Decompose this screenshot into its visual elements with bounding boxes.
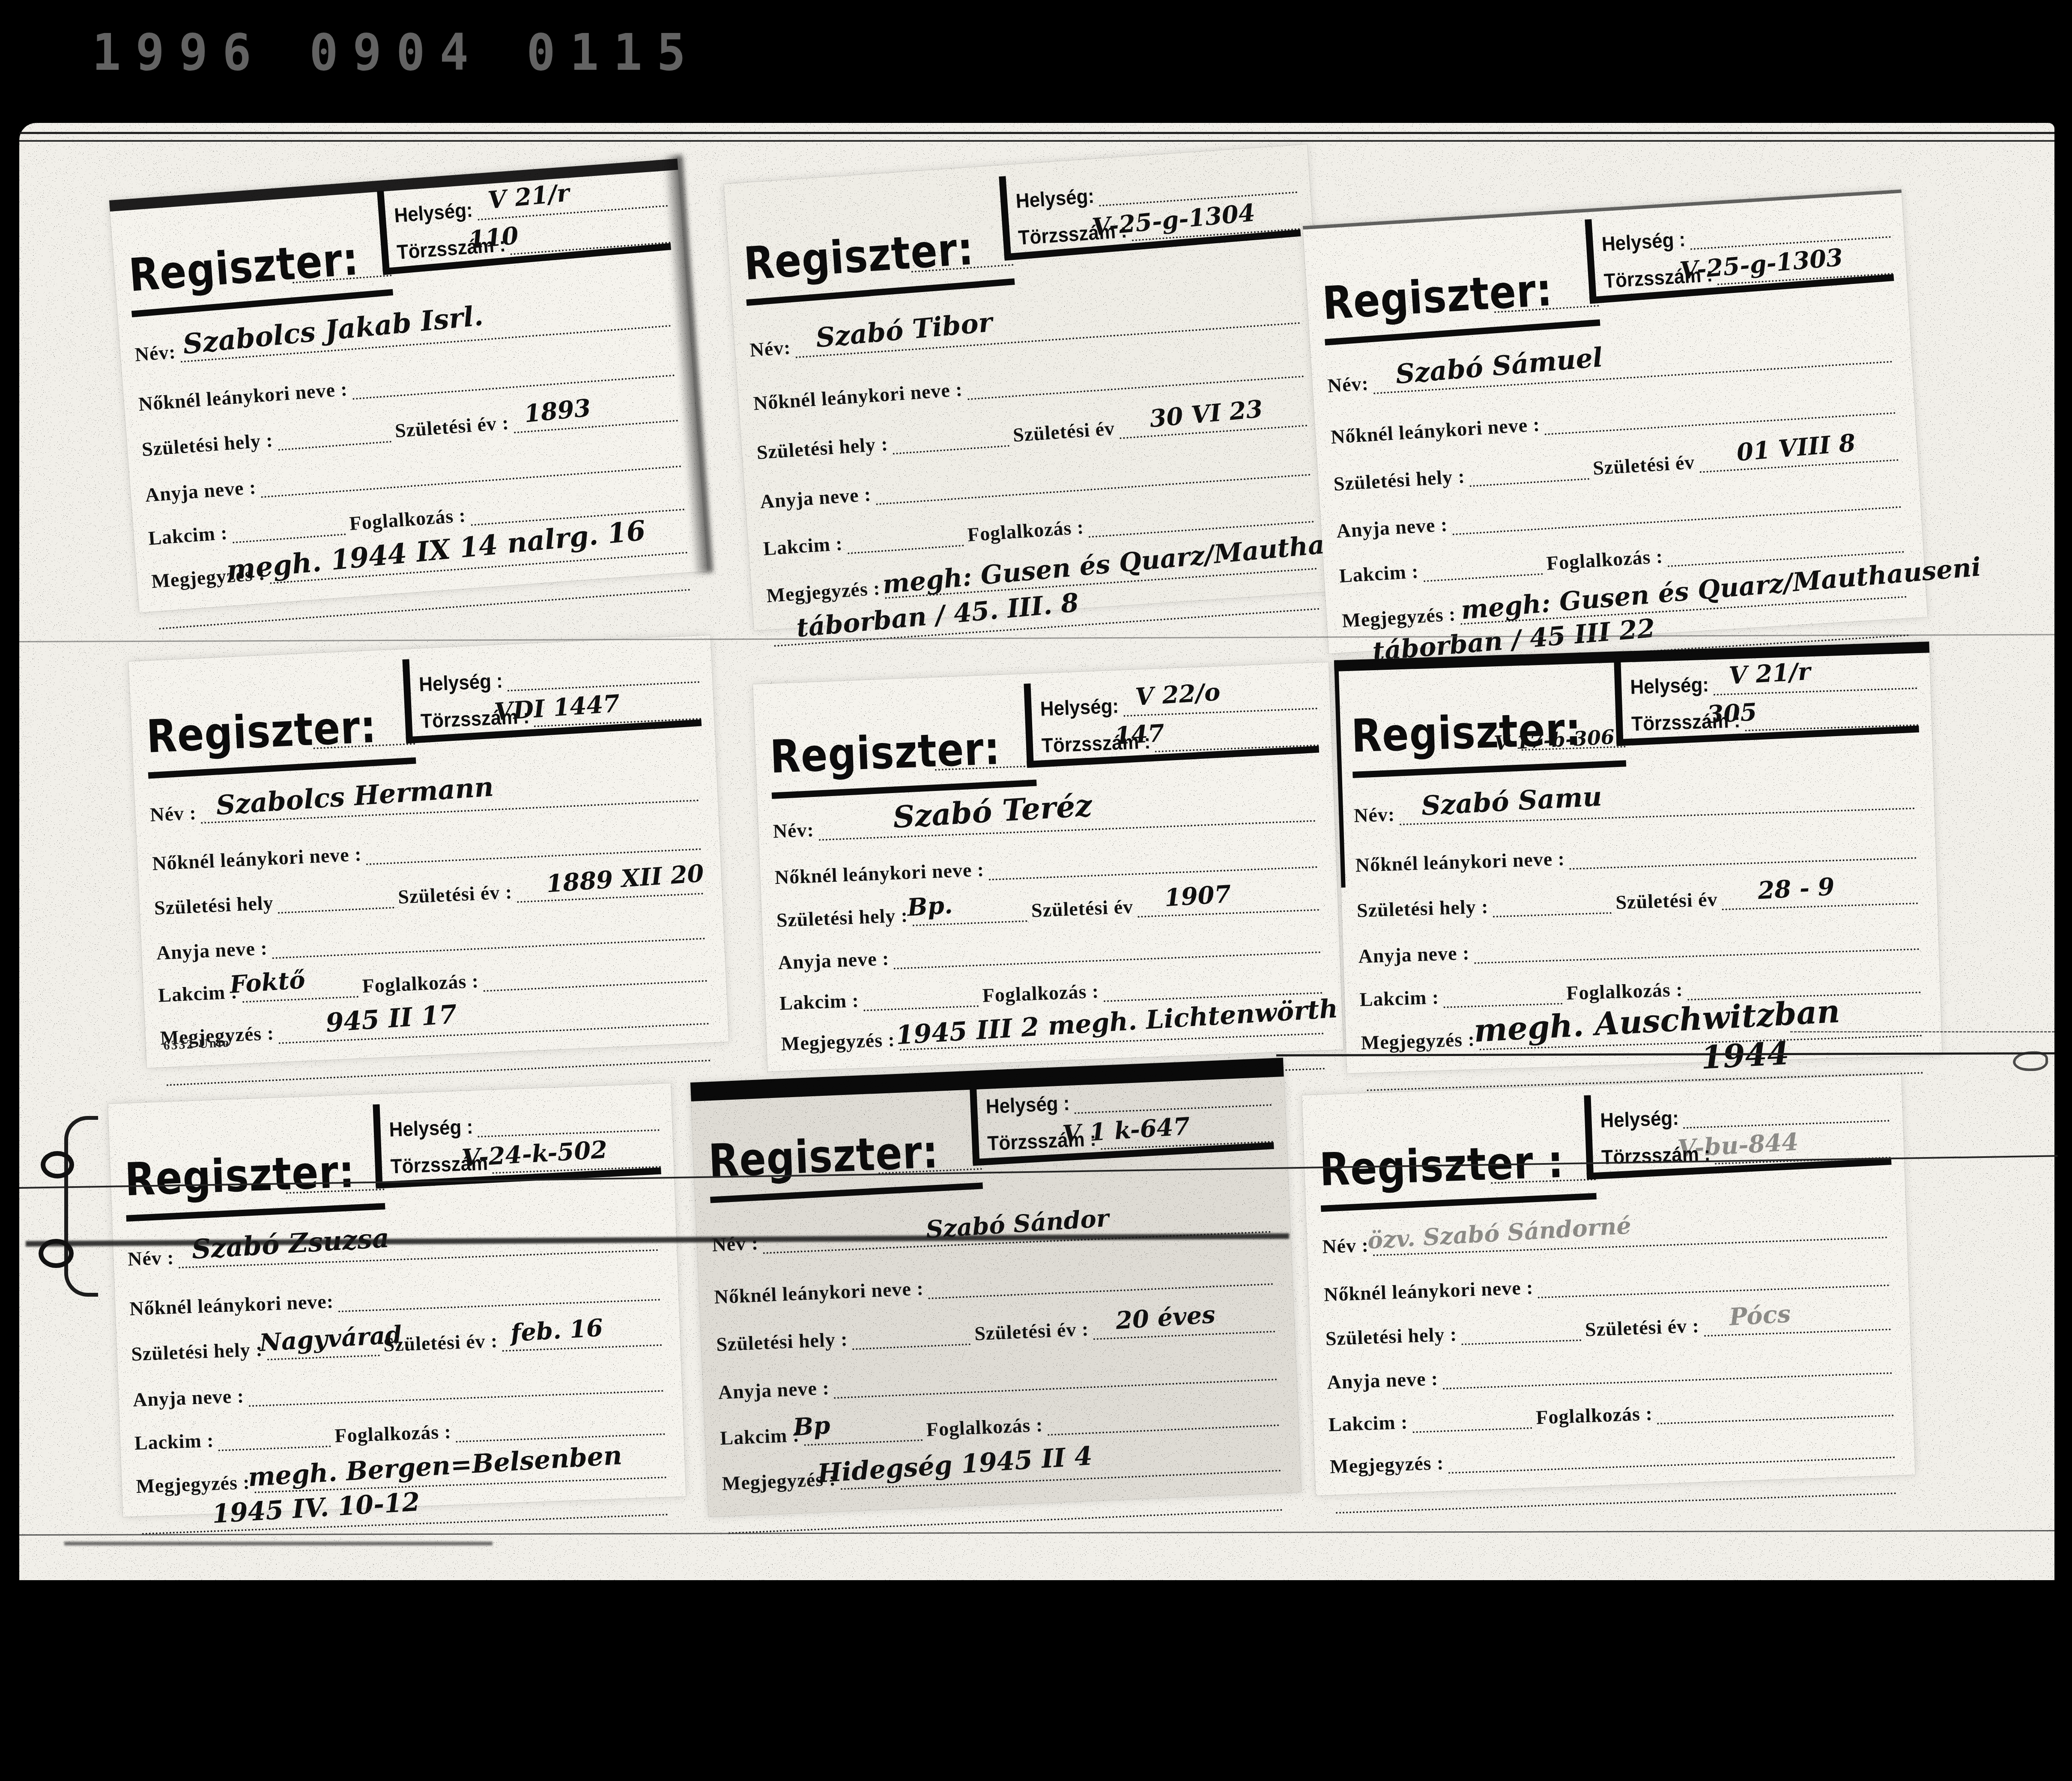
helyseg-value: V 21/r (1728, 657, 1811, 690)
punch-hole (39, 1239, 74, 1268)
field-nev: Név:Szabó Tibor (749, 293, 1305, 361)
szuletesi-hely-value: Nagyvárad (258, 1321, 402, 1357)
scan-rule-line (19, 132, 2054, 134)
field-nev: Név :özv. Szabó Sándorné (1322, 1207, 1892, 1258)
field-nev: Név :Szabolcs Hermann (149, 770, 703, 826)
anyja-label: Anyja neve : (778, 947, 890, 974)
helyseg-value: V 22/o (1135, 678, 1221, 711)
anyja-label: Anyja neve : (144, 475, 257, 506)
dotted-line (248, 1366, 664, 1406)
nev-label: Név: (1327, 372, 1369, 397)
leanykori-label: Nőknél leánykori neve : (774, 858, 985, 889)
torzsszam-value: 305 (1706, 698, 1758, 729)
szuletesi-ev-label: Születési év (1592, 450, 1696, 479)
szuletesi-ev-value: 28 - 9 (1757, 873, 1835, 905)
lakcim-value: Bp (792, 1411, 831, 1441)
lakcim-label: Lakcim : (158, 981, 238, 1007)
field-lakcim: Lakcim :Foglalkozás : (1328, 1385, 1898, 1436)
punch-hole (41, 1151, 74, 1178)
lakcim-label: Lackim : (134, 1429, 214, 1454)
field-szuletesi: Születési hely :Születési év :Pócs (1325, 1299, 1895, 1350)
szuletesi-ev-value: 1907 (1164, 880, 1232, 912)
rule-bar (1352, 761, 1626, 779)
lakcim-label: Lakcim : (1359, 986, 1439, 1011)
field-anyja: Anyja neve : (717, 1349, 1282, 1404)
card-header-box: Helység : Törzsszám :V 1 k-647 (969, 1069, 1278, 1164)
register-card: Regiszter: Helység:V 22/o Törzsszám :147… (753, 662, 1344, 1071)
dotted-line (271, 914, 705, 959)
field-szuletesi: Születési hely :Születési évBp.1907 (776, 880, 1324, 931)
helyseg-label: Helység: (1630, 674, 1709, 699)
szuletesi-hely-label: Születési hely : (1325, 1322, 1457, 1350)
field-nev: Név:Szabó Samu (1353, 779, 1920, 827)
nev-label: Név : (127, 1246, 174, 1271)
szuletesi-hely-value: Bp. (907, 891, 954, 922)
dotted-line (1473, 925, 1920, 964)
regiszter-label: Regiszter: (1321, 263, 1554, 330)
dotted-line (277, 884, 394, 914)
szuletesi-hely-label: Születési hely : (141, 429, 274, 461)
szuletesi-hely-label: Születési hely : (1333, 465, 1466, 495)
field-szuletesi: Születési helySzületési év :1889 XII 20 (153, 863, 708, 919)
field-szuletesi: Születési hely :Születési év28 - 9 (1356, 874, 1923, 922)
dotted-line (365, 825, 701, 865)
szuletesi-ev-label: Születési év : (1585, 1314, 1700, 1341)
megjegyzes-label: Megjegyzés : (766, 576, 881, 607)
register-card: Regiszter: Helység : Törzsszám :V 1 k-64… (690, 1058, 1301, 1517)
megjegyzes-label: Megjegyzés : (1341, 603, 1457, 632)
leanykori-label: Nőknél leánykori neve: (129, 1290, 334, 1320)
regiszter-label: Regiszter: (708, 1125, 940, 1187)
leanykori-label: Nőknél leánykori neve : (137, 378, 348, 416)
szuletesi-ev-label: Születési év (1012, 417, 1115, 446)
field-nev: Név:Szabó Teréz (772, 791, 1320, 842)
foglalkozas-label: Foglalkozás : (362, 970, 480, 997)
szuletesi-hely-label: Születési hely : (1356, 895, 1489, 922)
dotted-line (1569, 834, 1917, 870)
megjegyzes-label: Megjegyzés : (1329, 1451, 1444, 1478)
field-leanykori: Nőknél leánykori neve : (1323, 1255, 1894, 1306)
field-nev: Név:Szabó Sámuel (1326, 331, 1897, 397)
regiszter-heading: Regiszter: (708, 1127, 982, 1190)
lakcim-label: Lakcim : (1338, 560, 1419, 587)
field-szuletesi: Születési hely :Születési év :20 éves (715, 1301, 1280, 1356)
szuletesi-ev-label: Születési év (1615, 888, 1718, 914)
szuletesi-hely-label: Születési hely : (131, 1338, 263, 1366)
dotted-line (1412, 1404, 1532, 1433)
printer-imprint: 6332 Unio (163, 1035, 231, 1053)
megjegyzes-label: Megjegyzés : (1361, 1028, 1475, 1054)
anyja-label: Anyja neve : (1336, 513, 1448, 543)
field-anyja: Anyja neve : (1326, 1343, 1897, 1393)
anyja-label: Anyja neve : (1358, 941, 1470, 967)
szuletesi-ev-value: feb. 16 (510, 1314, 603, 1348)
field-szuletesi: Születési hely :Születési év :Nagyváradf… (131, 1315, 666, 1366)
anyja-label: Anyja neve : (1327, 1367, 1439, 1394)
regiszter-heading: Regiszter: (769, 724, 1036, 786)
regiszter-heading: Regiszter : (1319, 1137, 1596, 1198)
nev-label: Név : (1322, 1233, 1369, 1258)
dotted-line (1422, 550, 1543, 582)
foglalkozas-label: Foglalkozás : (967, 516, 1084, 546)
nev-label: Név: (134, 340, 177, 366)
helyseg-label: Helység : (389, 1116, 473, 1142)
szuletesi-hely-label: Születési hely : (716, 1328, 848, 1356)
card-header-box: Helység: Törzsszám :V-bu-844 (1584, 1085, 1895, 1178)
dotted-line (231, 510, 346, 543)
dotted-line (1469, 455, 1589, 487)
field-leanykori: Nőknél leánykori neve : (1355, 828, 1921, 876)
foglalkozas-label: Foglalkozás : (349, 504, 467, 535)
anyja-label: Anyja neve : (156, 936, 268, 964)
dotted-line (1443, 980, 1562, 1008)
regiszter-label: Regiszter: (769, 722, 1001, 784)
torzsszam-value: 110 (467, 221, 520, 254)
rule-bar (1321, 1193, 1597, 1211)
scan-rule-line (19, 140, 2054, 142)
lakcim-label: Lakcim : (762, 532, 843, 560)
card-edge-bracket (64, 1116, 98, 1297)
field-lakcim: Lakcim :Foglalkozás :Bp (720, 1395, 1284, 1449)
foglalkozas-label: Foglalkozás : (334, 1420, 452, 1447)
dotted-line (1047, 1401, 1279, 1436)
regiszter-label: Regiszter: (145, 700, 378, 763)
megjegyzes-label: Megjegyzés : (781, 1028, 896, 1055)
regiszter-heading: Regiszter: V-17-b-306 (1351, 705, 1626, 765)
dotted-line (1544, 389, 1896, 435)
dotted-line (483, 957, 708, 992)
dotted-line (351, 352, 675, 400)
torzsszam-value: 147 (1114, 719, 1165, 750)
megjegyzes-line2-value: 1944 (1700, 1035, 1790, 1077)
szuletesi-ev-label: Születési év : (394, 412, 510, 442)
dotted-line (1492, 889, 1612, 918)
leanykori-label: Nőknél leánykori neve : (714, 1277, 924, 1308)
dotted-line (276, 418, 391, 451)
leanykori-label: Nőknél leánykori neve : (1323, 1276, 1534, 1306)
dotted-line (218, 1422, 331, 1451)
leanykori-label: Nőknél leánykori neve : (1355, 847, 1565, 877)
foglalkozas-label: Foglalkozás : (1566, 978, 1683, 1005)
dotted-line (455, 1410, 666, 1443)
dotted-line (1537, 1261, 1889, 1298)
foglalkozas-label: Foglalkozás : (982, 980, 1099, 1007)
helyseg-label: Helység: (1040, 695, 1119, 721)
anyja-label: Anyja neve : (132, 1384, 245, 1411)
lakcim-label: Lakcim : (720, 1423, 800, 1450)
regiszter-heading: Regiszter: (146, 701, 415, 765)
card-header-box: Helység:V 22/o Törzsszám :147 (1024, 672, 1324, 766)
szuletesi-hely-label: Születési hely (154, 891, 274, 919)
regiszter-label: Regiszter: (124, 1145, 356, 1206)
card-header-box: Helység:V 21/r Törzsszám :305 (1614, 652, 1923, 744)
field-anyja: Anyja neve : (132, 1360, 668, 1411)
register-card: Regiszter: V-17-b-306 Helység:V 21/r Tör… (1334, 641, 1942, 1073)
nev-label: Név: (773, 818, 815, 842)
nev-label: Név : (711, 1232, 759, 1256)
regiszter-heading: Regiszter: (1321, 264, 1600, 332)
scan-dashed-line (1790, 1031, 2054, 1032)
scan-smudge-streak (64, 1542, 493, 1545)
register-card: Regiszter: Helység:V 21/r Törzsszám :110… (109, 159, 708, 613)
dotted-line (1442, 1349, 1893, 1390)
szuletesi-ev-value: Pócs (1729, 1299, 1791, 1331)
dotted-line (891, 422, 1009, 454)
register-card: Regiszter: Helység : TörzsszámV-24-k-502… (108, 1083, 686, 1517)
rule-bar (126, 1203, 385, 1222)
lakcim-value: Foktő (229, 966, 306, 999)
leanykori-label: Nőknél leánykori neve : (752, 378, 963, 415)
foglalkozas-label: Foglalkozás : (1546, 545, 1663, 575)
nev-label: Név : (149, 801, 197, 826)
register-card: Regiszter: Helység : Törzsszám :V-25-g-1… (1303, 190, 1927, 654)
dotted-line (1087, 498, 1314, 538)
field-leanykori: Nőknél leánykori neve: (129, 1270, 665, 1320)
szuletesi-hely-label: Születési hely : (776, 904, 908, 931)
nev-label: Név: (1353, 803, 1395, 827)
dotted-line (469, 486, 684, 526)
dotted-line (1461, 1316, 1581, 1345)
szuletesi-ev-label: Születési év : (974, 1318, 1089, 1345)
card-header-box: Helység : Törzsszám :V-25-g-1303 (1585, 201, 1898, 302)
leanykori-label: Nőknél leánykori neve : (152, 842, 362, 874)
anyja-label: Anyja neve : (759, 483, 872, 513)
lakcim-label: Lakcim : (147, 521, 228, 549)
regiszter-label: Regiszter: (127, 233, 361, 302)
regiszter-heading: Regiszter: (742, 223, 1014, 292)
ink-blot (2013, 1051, 2048, 1071)
register-card: Regiszter: Helység : Törzsszám :VDI 1447… (128, 635, 729, 1068)
dotted-line (927, 1260, 1273, 1299)
dotted-line (833, 1355, 1277, 1399)
microfilm-frame: 1996 0904 0115 Regiszter: Helység:V 21/r… (0, 0, 2072, 1781)
helyseg-label: Helység: (1600, 1107, 1679, 1133)
dotted-line (966, 352, 1304, 400)
dotted-line (988, 843, 1318, 880)
szuletesi-ev-label: Születési év : (397, 880, 513, 908)
regiszter-heading: Regiszter: (127, 234, 392, 304)
foglalkozas-label: Foglalkozás : (926, 1413, 1043, 1441)
nev-label: Név: (749, 336, 791, 361)
field-nev: Név :Szabó Sándor (711, 1202, 1276, 1256)
register-card: Regiszter: Helység: Törzsszám :V-25-g-13… (724, 144, 1338, 630)
regiszter-label: Regiszter: (742, 222, 976, 290)
field-leanykori: Nőknél leánykori neve : (774, 837, 1322, 889)
film-frame-code: 1996 0904 0115 (92, 24, 700, 82)
card-header-box: Helység: Törzsszám :V-25-g-1304 (999, 156, 1305, 259)
anyja-label: Anyja neve : (718, 1376, 830, 1404)
dotted-line (1657, 1391, 1894, 1424)
szuletesi-ev-label: Születési év (1031, 895, 1134, 922)
foglalkozas-label: Foglalkozás : (1536, 1402, 1653, 1429)
dotted-line (863, 982, 979, 1011)
dotted-line (893, 928, 1321, 970)
szuletesi-hely-label: Születési hely : (756, 433, 889, 464)
megjegyzes-label: Megjegyzés : (136, 1471, 251, 1498)
card-header-box: Helység : Törzsszám :VDI 1447 (403, 646, 706, 742)
dotted-line (851, 1321, 970, 1351)
dotted-line (337, 1276, 660, 1313)
register-card: Regiszter : Helység: Törzsszám :V-bu-844… (1302, 1074, 1915, 1495)
dotted-line (846, 522, 964, 554)
regiszter-heading: Regiszter: (124, 1148, 385, 1208)
card-header-box: Helység : TörzsszámV-24-k-502 (373, 1094, 666, 1187)
lakcim-label: Lakcim : (779, 989, 860, 1014)
lakcim-label: Lakcim : (1328, 1410, 1408, 1435)
field-anyja: Anyja neve : (1358, 919, 1924, 967)
field-leanykori: Nőknél leánykori neve : (714, 1254, 1278, 1308)
leanykori-label: Nőknél leánykori neve : (1330, 413, 1541, 448)
